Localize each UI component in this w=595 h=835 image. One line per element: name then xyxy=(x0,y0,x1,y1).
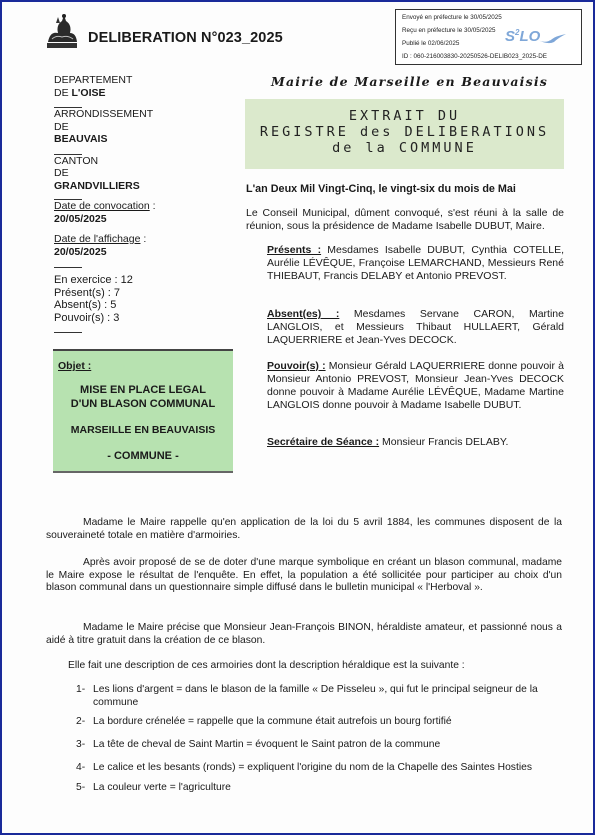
objet-box: Objet : MISE EN PLACE LEGAL D'UN BLASON … xyxy=(53,349,233,473)
body-paragraph-3: Madame le Maire précise que Monsieur Jea… xyxy=(46,622,562,647)
stamp-id: ID : 060-216003830-20250526-DELIB023_202… xyxy=(402,50,581,63)
document-page: DELIBERATION N°023_2025 Envoyé en préfec… xyxy=(0,0,595,835)
pouvoirs-count: Pouvoir(s) : 3 xyxy=(54,312,156,325)
stamp-sent: Envoyé en préfecture le 30/05/2025 xyxy=(402,11,581,24)
s2lo-logo: S2LO xyxy=(505,28,540,45)
pouvoirs-paragraph: Pouvoir(s) : Monsieur Gérald LAQUERRIERE… xyxy=(267,360,564,412)
body-paragraph-1: Madame le Maire rappelle qu'en applicati… xyxy=(46,517,562,542)
extrait-box: EXTRAIT DU REGISTRE des DELIBERATIONS de… xyxy=(245,99,564,169)
affichage-date: 20/05/2025 xyxy=(54,246,107,258)
session-intro: Le Conseil Municipal, dûment convoqué, s… xyxy=(246,207,564,233)
session-date: L'an Deux Mil Vingt-Cinq, le vingt-six d… xyxy=(246,183,564,196)
deliberation-title: DELIBERATION N°023_2025 xyxy=(88,30,283,46)
objet-label: Objet : xyxy=(58,360,91,372)
en-exercice-count: En exercice : 12 xyxy=(54,274,156,287)
absents-count: Absent(s) : 5 xyxy=(54,299,156,312)
body-paragraph-4: Elle fait une description de ces armoiri… xyxy=(46,660,562,673)
mairie-heading: Mairie de Marseille en Beauvaisis xyxy=(252,74,567,89)
absents-paragraph: Absent(es) : Mesdames Servane CARON, Mar… xyxy=(267,308,564,347)
convocation-label: Date de convocation xyxy=(54,200,150,212)
s2lo-wing-icon xyxy=(538,34,566,44)
affichage-label: Date de l'affichage xyxy=(54,233,140,245)
divider xyxy=(54,332,82,333)
presents-paragraph: Présents : Mesdames Isabelle DUBUT, Cynt… xyxy=(267,244,564,283)
secretaire-paragraph: Secrétaire de Séance : Monsieur Francis … xyxy=(267,436,564,449)
convocation-date: 20/05/2025 xyxy=(54,213,107,225)
body-paragraph-2: Après avoir proposé de se de doter d'une… xyxy=(46,557,562,595)
municipal-crest-icon xyxy=(44,11,80,51)
presents-count: Présent(s) : 7 xyxy=(54,287,156,300)
departement-block: DEPARTEMENT DE L'OISE ARRONDISSEMENT DE … xyxy=(54,74,156,333)
